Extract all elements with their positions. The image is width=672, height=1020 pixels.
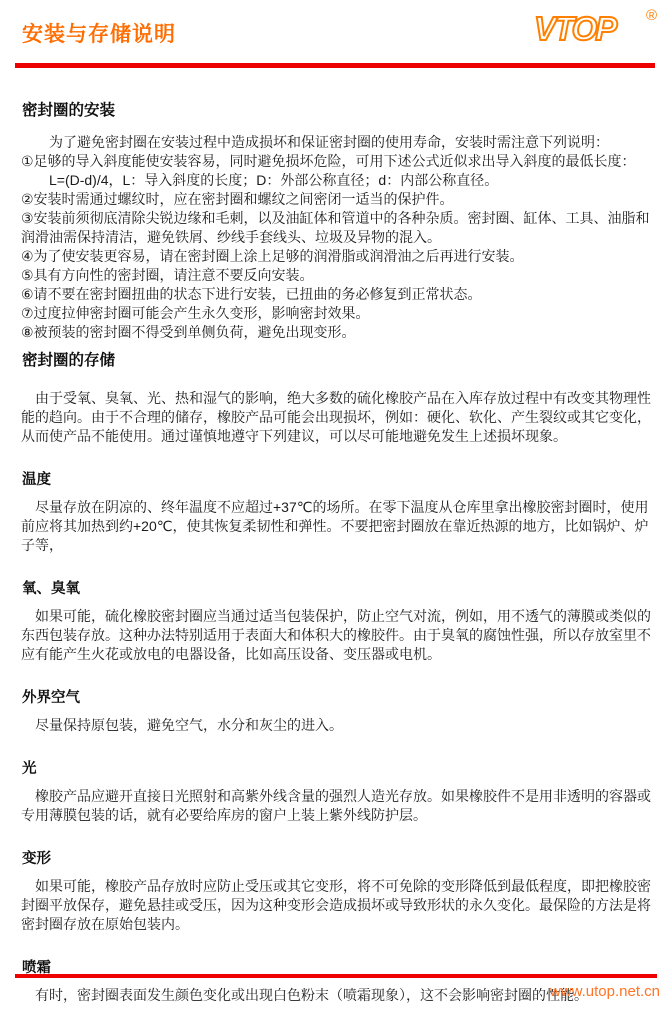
subsection-body: 尽量存放在阴凉的、终年温度不应超过+37℃的场所。在零下温度从仓库里拿出橡胶密封… [21,498,656,555]
storage-section: 密封圈的存储 由于受氧、臭氧、光、热和湿气的影响，绝大多数的硫化橡胶产品在入库存… [21,351,656,1005]
storage-subsection: 变形 如果可能，橡胶产品存放时应防止受压或其它变形，将不可免除的变形降低到最低程… [21,850,656,934]
subsection-heading: 温度 [22,471,656,490]
installation-item: ④为了使安装更容易，请在密封圈上涂上足够的润滑脂或润滑油之后再进行安装。 [21,247,656,266]
header-rule [15,63,655,68]
storage-heading: 密封圈的存储 [22,351,656,370]
installation-item: ⑤具有方向性的密封圈，请注意不要反向安装。 [21,266,656,285]
installation-item: ⑦过度拉伸密封圈可能会产生永久变形，影响密封效果。 [21,304,656,323]
page-header: 安装与存储说明 VTOP ® [0,0,672,55]
installation-items: ①足够的导入斜度能使安装容易，同时避免损坏危险，可用下述公式近似求出导入斜度的最… [21,152,656,342]
document-page: 安装与存储说明 VTOP ® 密封圈的安装 为了避免密封圈在安装过程中造成损坏和… [0,0,672,1020]
storage-intro: 由于受氧、臭氧、光、热和湿气的影响，绝大多数的硫化橡胶产品在入库存放过程中有改变… [21,389,656,446]
subsection-body: 如果可能，橡胶产品存放时应防止受压或其它变形，将不可免除的变形降低到最低程度，即… [21,877,656,934]
storage-subsections: 温度 尽量存放在阴凉的、终年温度不应超过+37℃的场所。在零下温度从仓库里拿出橡… [21,471,656,1005]
footer-website-link[interactable]: www.utop.net.cn [550,983,660,1000]
installation-item: ⑧被预装的密封圈不得受到单侧负荷，避免出现变形。 [21,323,656,342]
subsection-body: 如果可能，硫化橡胶密封圈应当通过适当包装保护，防止空气对流，例如，用不透气的薄膜… [21,607,656,664]
vtop-logo-icon: VTOP ® [534,6,662,50]
page-title: 安装与存储说明 [22,18,176,48]
storage-subsection: 光 橡胶产品应避开直接日光照射和高紫外线含量的强烈人造光存放。如果橡胶件不是用非… [21,760,656,825]
registered-trademark-icon: ® [646,7,657,24]
vtop-logo: VTOP ® [534,6,662,55]
footer-rule [15,974,657,978]
vtop-logo-text: VTOP [534,10,618,47]
installation-item: ⑥请不要在密封圈扭曲的状态下进行安装，已扭曲的务必修复到正常状态。 [21,285,656,304]
installation-item: ②安装时需通过螺纹时，应在密封圈和螺纹之间密闭一适当的保护件。 [21,190,656,209]
subsection-body: 尽量保持原包装，避免空气，水分和灰尘的进入。 [21,716,656,735]
subsection-heading: 外界空气 [22,689,656,708]
document-body: 密封圈的安装 为了避免密封圈在安装过程中造成损坏和保证密封圈的使用寿命，安装时需… [0,101,672,1005]
subsection-heading: 氧、臭氧 [22,580,656,599]
subsection-heading: 光 [22,760,656,779]
subsection-heading: 变形 [22,850,656,869]
storage-subsection: 温度 尽量存放在阴凉的、终年温度不应超过+37℃的场所。在零下温度从仓库里拿出橡… [21,471,656,555]
installation-heading: 密封圈的安装 [22,101,656,120]
installation-item: L=(D-d)/4，L：导入斜度的长度；D：外部公称直径；d：内部公称直径。 [21,171,656,190]
storage-subsection: 氧、臭氧 如果可能，硫化橡胶密封圈应当通过适当包装保护，防止空气对流，例如，用不… [21,580,656,664]
installation-item: ①足够的导入斜度能使安装容易，同时避免损坏危险，可用下述公式近似求出导入斜度的最… [21,152,656,171]
installation-item: ③安装前须彻底清除尖锐边缘和毛刺，以及油缸体和管道中的各种杂质。密封圈、缸体、工… [21,209,656,247]
subsection-body: 橡胶产品应避开直接日光照射和高紫外线含量的强烈人造光存放。如果橡胶件不是用非透明… [21,787,656,825]
storage-subsection: 外界空气 尽量保持原包装，避免空气，水分和灰尘的进入。 [21,689,656,735]
installation-intro: 为了避免密封圈在安装过程中造成损坏和保证密封圈的使用寿命，安装时需注意下列说明： [21,133,656,152]
installation-section: 密封圈的安装 为了避免密封圈在安装过程中造成损坏和保证密封圈的使用寿命，安装时需… [21,101,656,342]
